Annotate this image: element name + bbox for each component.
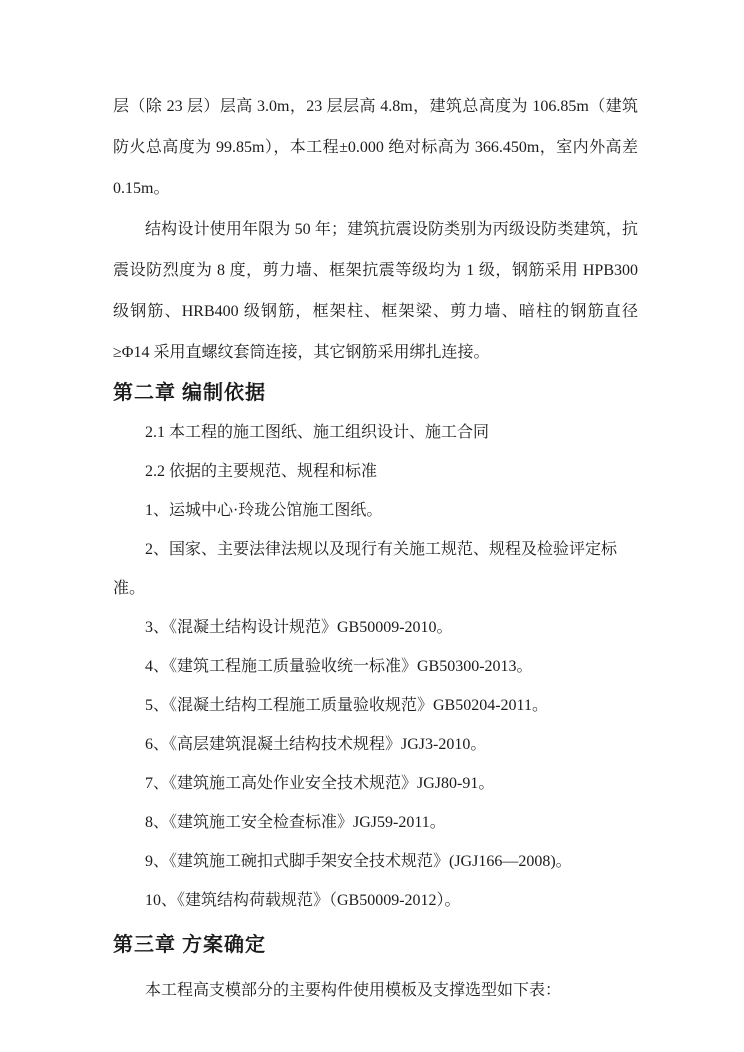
list-item-8: 8、《建筑施工安全检查标准》JGJ59-2011。 xyxy=(113,803,638,842)
list-item-2: 2、国家、主要法律法规以及现行有关施工规范、规程及检验评定标准。 xyxy=(113,530,638,608)
list-item-9: 9、《建筑施工碗扣式脚手架安全技术规范》(JGJ166—2008)。 xyxy=(113,842,638,881)
subsection-2-1: 2.1 本工程的施工图纸、施工组织设计、施工合同 xyxy=(113,413,638,452)
document-page: 层（除 23 层）层高 3.0m，23 层层高 4.8m，建筑总高度为 106.… xyxy=(0,0,744,1052)
paragraph-structure-design: 结构设计使用年限为 50 年；建筑抗震设防类别为丙级设防类建筑，抗震设防烈度为 … xyxy=(113,209,638,373)
list-item-1: 1、运城中心·玲珑公馆施工图纸。 xyxy=(113,491,638,530)
chapter-3-heading: 第三章 方案确定 xyxy=(113,925,638,965)
list-item-7: 7、《建筑施工高处作业安全技术规范》JGJ80-91。 xyxy=(113,764,638,803)
list-item-6: 6、《高层建筑混凝土结构技术规程》JGJ3-2010。 xyxy=(113,725,638,764)
list-item-3: 3、《混凝土结构设计规范》GB50009-2010。 xyxy=(113,608,638,647)
paragraph-chapter3-intro: 本工程高支模部分的主要构件使用模板及支撑选型如下表： xyxy=(113,970,638,1011)
paragraph-building-height: 层（除 23 层）层高 3.0m，23 层层高 4.8m，建筑总高度为 106.… xyxy=(113,86,638,209)
chapter-2-heading: 第二章 编制依据 xyxy=(113,373,638,413)
subsection-2-2: 2.2 依据的主要规范、规程和标准 xyxy=(113,452,638,491)
list-item-4: 4、《建筑工程施工质量验收统一标准》GB50300-2013。 xyxy=(113,647,638,686)
document-content: 层（除 23 层）层高 3.0m，23 层层高 4.8m，建筑总高度为 106.… xyxy=(0,0,744,1011)
list-item-10: 10、《建筑结构荷载规范》（GB50009-2012）。 xyxy=(113,881,638,920)
list-item-5: 5、《混凝土结构工程施工质量验收规范》GB50204-2011。 xyxy=(113,686,638,725)
